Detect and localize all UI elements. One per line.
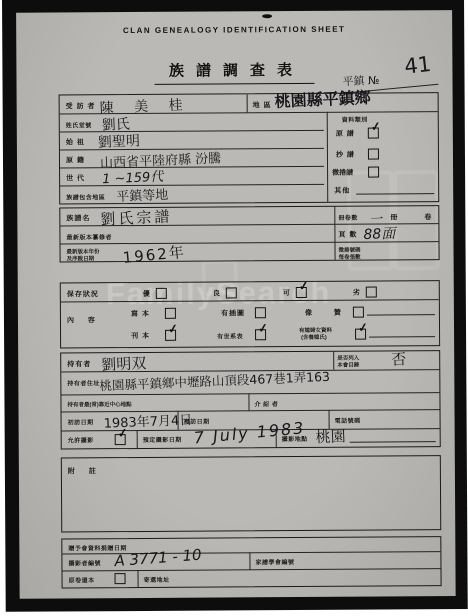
manuscript-checkbox [165, 308, 176, 319]
category-label: 資料類別 [342, 115, 368, 124]
content-line [369, 336, 435, 337]
film-date-label: 預定攝影日期 [143, 435, 182, 444]
divider [327, 112, 329, 202]
cat-original-checkmark: ✓ [370, 119, 382, 134]
cat-copy-checkbox [368, 149, 379, 160]
volumes-unit2: 卷 [424, 212, 432, 222]
notes-label: 附 註 [68, 466, 102, 476]
divider [137, 430, 138, 448]
genealogy-name-label: 族譜名 [66, 213, 90, 223]
form-paper: CLAN GENEALOGY IDENTIFICATION SHEET 族譜調查… [16, 10, 456, 599]
return-original-checkbox [115, 573, 126, 584]
listed-label-line2: 本會目錄 [337, 361, 359, 369]
female-data-label-line2: (含養媳氏) [301, 333, 327, 341]
cat-copy-label: 抄 譜 [336, 150, 355, 160]
genealogy-name-value: 劉氏宗譜 [100, 206, 173, 230]
section-holder-info: 持有者 劉明双 是否列入 本會目錄 否 持有者住址 桃園縣平鎮鄉中壢路山頂段46… [60, 350, 441, 449]
divider [60, 184, 324, 187]
section-basic-info: 受 訪 者 陳 美 桂 地 區 桃園縣平鎮鄉 姓氏堂號 劉氏 始 祖 劉聖明 原… [59, 92, 440, 204]
section-condition-content: 保存狀況 優 良 可 ✓ 劣 內 容 寫 本 有插圖 像 贊 刊 本 ✓ 有世系… [60, 280, 440, 348]
female-data-checkmark: ✓ [357, 320, 369, 335]
pedigree-chart-checkmark: ✓ [257, 321, 269, 336]
area-value: 桃園縣平鎮鄉 [274, 85, 371, 112]
divider [276, 429, 277, 447]
scan-smudge [262, 14, 272, 18]
form-title-text: 族譜調查表 [155, 62, 314, 85]
holder-address-label: 持有者住址 [67, 378, 100, 387]
pages-value: 88面 [363, 223, 396, 244]
coverage-label: 族譜包含地區 [66, 192, 105, 201]
film-label-line2: 每卷張數 [339, 253, 361, 261]
photographer-no-label: 攝影者編號 [68, 558, 101, 567]
manuscript-label: 寫 本 [131, 309, 150, 319]
film-place-line [350, 441, 436, 443]
cat-microfilm-label: 微捲譜 [332, 168, 353, 178]
surname-label: 姓氏堂號 [66, 120, 92, 129]
section-notes: 附 註 [61, 455, 441, 532]
cond-poor-label: 劣 [353, 288, 361, 298]
year-label-line2: 及序跋日期 [67, 254, 95, 262]
return-original-label: 原卷還本 [69, 575, 95, 584]
section-office-use: 贈予會資料捐贈日期 攝影者編號 A 3771 - 10 家譜學會編號 原卷還本 … [61, 536, 441, 588]
cat-microfilm-checkbox [368, 167, 379, 178]
cond-good-label: 良 [213, 288, 221, 298]
cond-good-checkbox [226, 287, 237, 298]
printed-label: 刊 本 [131, 331, 150, 341]
cat-other-label: 其他 [334, 186, 350, 196]
respondent-label: 受 訪 者 [66, 101, 96, 111]
nearest-center-label: 持有者最(常)靠近中心地點 [67, 400, 131, 408]
revisit-label: 複訪日期 [184, 417, 210, 426]
condition-label: 保存狀況 [67, 289, 99, 299]
divider [178, 411, 179, 430]
divider [248, 393, 249, 410]
portrait-label: 像 贊 [305, 308, 351, 318]
cond-poor-checkbox [366, 287, 377, 298]
pedigree-chart-label: 有世系表 [217, 331, 243, 340]
divider [61, 299, 439, 302]
cond-fair-checkmark: ✓ [298, 278, 310, 293]
divider [334, 207, 335, 260]
permit-filming-checkmark: ✓ [117, 425, 129, 440]
content-line [367, 314, 435, 315]
volumes-unit: 冊 [390, 212, 398, 222]
cond-excellent-checkbox [156, 288, 167, 299]
holder-value: 劉明双 [101, 352, 147, 375]
pages-label: 頁 數 [338, 230, 357, 240]
founder-value: 劉聖明 [97, 130, 140, 152]
permit-filming-label: 允許攝影 [68, 435, 94, 444]
illustrations-checkbox [255, 307, 266, 318]
film-date-value: 7 July 1983 [193, 418, 306, 447]
generations-label: 世 代 [66, 173, 85, 183]
film-place-label: 攝影地點 [282, 434, 308, 443]
coverage-value: 平鎮等地 [116, 184, 169, 205]
society-no-label: 家譜學會編號 [255, 557, 294, 566]
area-label: 地 區 [253, 100, 272, 110]
volumes-label: 冊卷數 [338, 213, 358, 222]
divider [249, 552, 250, 569]
divider [137, 570, 138, 587]
cond-fair-label: 可 [283, 288, 291, 298]
portrait-checkbox [353, 307, 364, 318]
scan-black-border: CLAN GENEALOGY IDENTIFICATION SHEET 族譜調查… [2, 0, 468, 612]
origin-label: 原 籍 [66, 155, 85, 165]
holder-label: 持有者 [67, 359, 91, 369]
english-header: CLAN GENEALOGY IDENTIFICATION SHEET [16, 24, 452, 36]
film-place-value: 桃園 [315, 425, 346, 447]
content-label: 內 容 [67, 315, 101, 325]
year-value: 1962年 [122, 241, 187, 268]
serial-number: 41 [403, 52, 432, 79]
return-address-label: 寄還地址 [144, 575, 170, 584]
cond-excellent-label: 優 [143, 289, 151, 299]
compiler-label: 最新版本纂修者 [66, 232, 112, 241]
divider [247, 94, 248, 112]
founder-label: 始 祖 [66, 137, 85, 147]
cat-other-line [356, 193, 434, 194]
printed-checkmark: ✓ [167, 321, 179, 336]
divider [333, 352, 334, 370]
first-visit-label: 初訪日期 [68, 417, 94, 426]
form-title: 族譜調查表 [16, 58, 452, 82]
illustrations-label: 有插圖 [221, 308, 245, 318]
cat-original-label: 原 譜 [336, 129, 355, 139]
section-genealogy-title: 族譜名 劉氏宗譜 冊卷數 一 冊 卷 最新版本纂修者 頁 數 88面 最新版本年… [59, 205, 439, 262]
referrer-label: 介 紹 者 [254, 399, 278, 408]
listed-value: 否 [391, 348, 407, 370]
phone-label: 電話號碼 [335, 416, 361, 425]
